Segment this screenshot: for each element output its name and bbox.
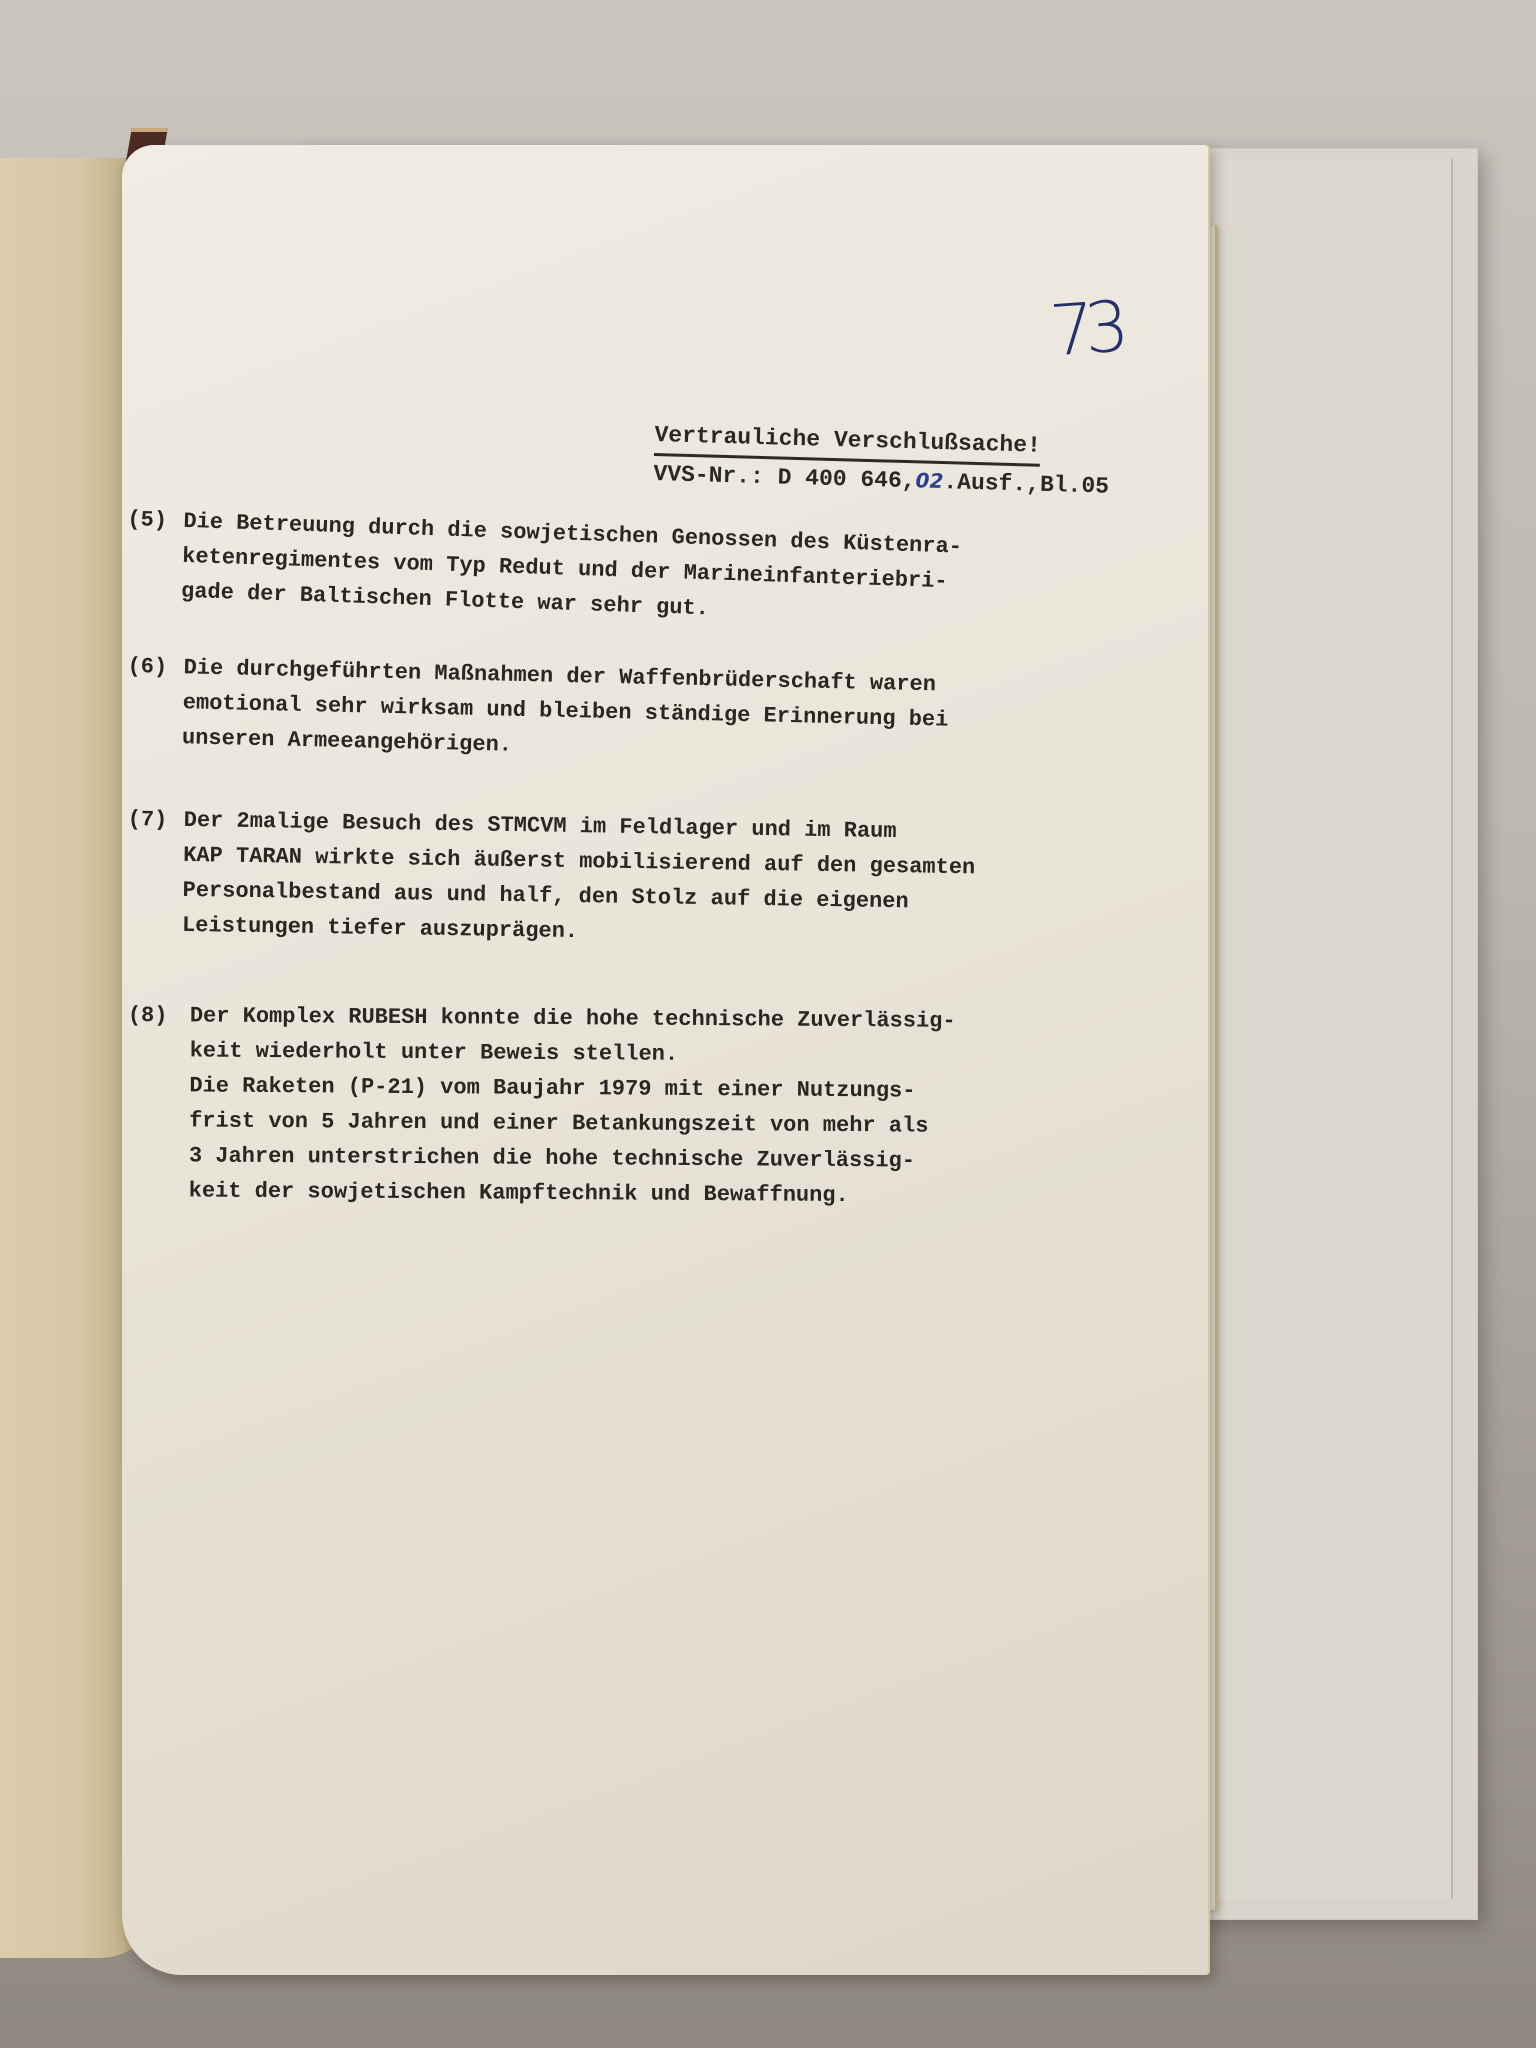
handwritten-page-number: 73 [1047,286,1122,373]
reference-suffix: .Ausf.,Bl.05 [943,469,1109,500]
paragraph-8: (8) Der Komplex RUBESH konnte die hohe t… [127,998,1088,1215]
document-body: (5) Die Betreuung durch die sowjetischen… [128,502,1088,1198]
paragraph-number: (8) [128,998,168,1033]
reference-prefix: VVS-Nr.: D 400 646, [653,461,916,494]
handwritten-copy-number: 02 [915,468,944,493]
paragraph-line: keit der sowjetischen Kampftechnik und B… [189,1173,1087,1214]
paragraph-7: (7) Der 2malige Besuch des STMCVM im Fel… [126,802,1088,957]
paragraph-number: (6) [127,649,167,685]
paragraph-6: (6) Die durchgeführten Maßnahmen der Waf… [126,649,1088,776]
paragraph-number: (5) [127,502,168,538]
classification-header: Vertrauliche Verschlußsache! VVS-Nr.: D … [653,418,1111,504]
paragraph-number: (7) [127,802,167,838]
photo-scene: 73 Vertrauliche Verschlußsache! VVS-Nr.:… [0,0,1536,2048]
paragraph-5: (5) Die Betreuung durch die sowjetischen… [125,502,1088,639]
